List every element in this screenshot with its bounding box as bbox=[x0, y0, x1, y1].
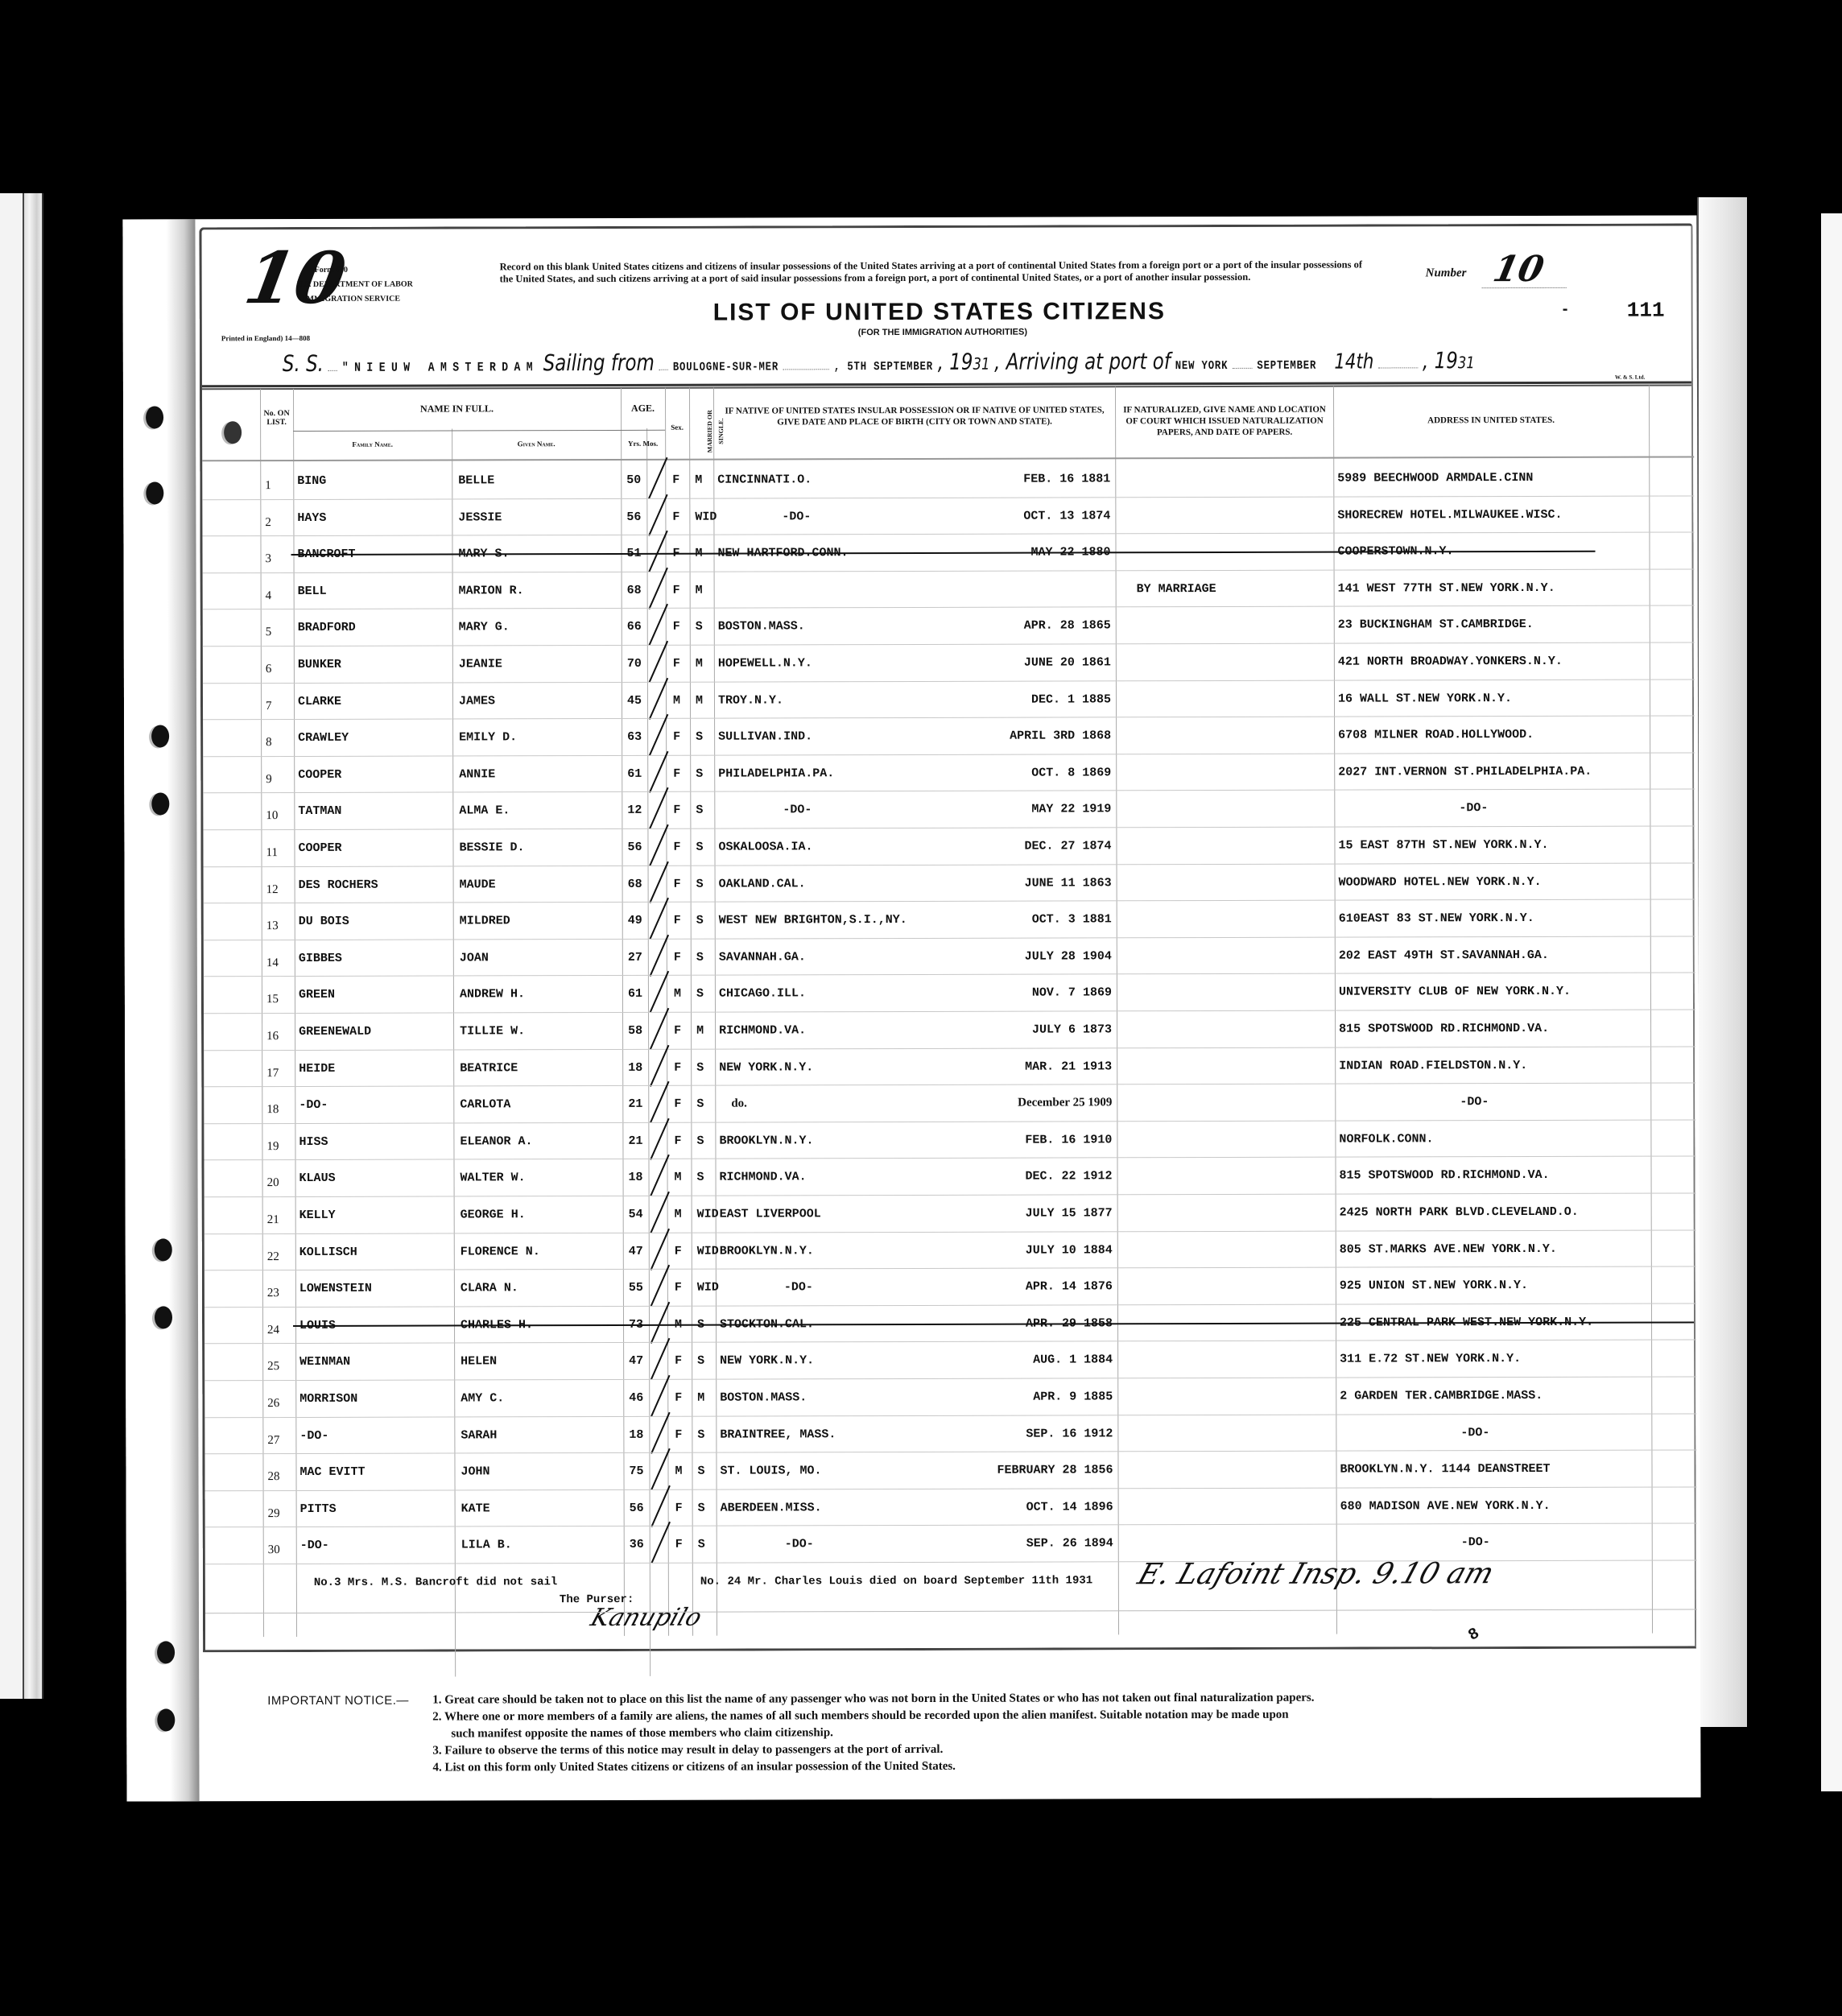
age: 54 bbox=[629, 1208, 643, 1221]
punch-hole bbox=[151, 792, 169, 815]
col-header-naturalized: IF NATURALIZED, GIVE NAME AND LOCATION O… bbox=[1120, 404, 1329, 439]
row-number: 25 bbox=[267, 1360, 279, 1374]
family-name: CLARKE bbox=[298, 694, 341, 708]
check-mark bbox=[649, 787, 668, 829]
given-name: KATE bbox=[461, 1502, 490, 1515]
table-row: 18-DO-CARLOTA21FSdo.December 25 1909-DO- bbox=[204, 1084, 1695, 1125]
family-name: BELL bbox=[298, 585, 327, 598]
arrival-year-suffix: 31 bbox=[1458, 353, 1475, 372]
sex: F bbox=[674, 951, 681, 965]
us-address: 2425 NORTH PARK BLVD.CLEVELAND.O. bbox=[1340, 1205, 1579, 1220]
family-name: KOLLISCH bbox=[299, 1245, 357, 1258]
check-mark bbox=[650, 1485, 670, 1527]
us-address: 610EAST 83 ST.NEW YORK.N.Y. bbox=[1339, 911, 1534, 926]
given-name: SARAH bbox=[460, 1428, 497, 1442]
marital-status: M bbox=[696, 657, 703, 671]
sex: F bbox=[673, 804, 680, 817]
family-name: DES ROCHERS bbox=[299, 878, 378, 891]
birth-place: WEST NEW BRIGHTON,S.I.,NY. bbox=[719, 913, 907, 927]
family-name: PITTS bbox=[300, 1502, 337, 1516]
number-value: 10 bbox=[1489, 249, 1547, 290]
arriving-label: , Arriving at port of bbox=[994, 348, 1171, 375]
check-mark bbox=[650, 1302, 670, 1344]
row-number: 19 bbox=[266, 1140, 279, 1154]
number-label: Number bbox=[1426, 266, 1467, 280]
inspector-signature: E. Lafoint Insp. 9.10 am bbox=[1134, 1557, 1497, 1591]
punch-hole bbox=[151, 725, 169, 747]
table-row: 13DU BOISMILDRED49FSWEST NEW BRIGHTON,S.… bbox=[204, 900, 1695, 941]
table-row: 20KLAUSWALTER W.18MSRICHMOND.VA.DEC. 22 … bbox=[204, 1157, 1695, 1198]
birth-date: JULY 10 1884 bbox=[1026, 1243, 1113, 1257]
row-number: 16 bbox=[266, 1030, 279, 1043]
sailing-label: Sailing from bbox=[543, 349, 655, 376]
marital-status: S bbox=[697, 1171, 704, 1184]
col-header-no: No. ON LIST. bbox=[260, 409, 293, 427]
marital-status: S bbox=[696, 766, 703, 780]
table-row: 8CRAWLEYEMILY D.63FSSULLIVAN.IND.APRIL 3… bbox=[203, 717, 1695, 758]
voyage-line: S. S. "NIEUW AMSTERDAM Sailing from BOUL… bbox=[283, 347, 1405, 379]
birth-date: SEP. 26 1894 bbox=[1026, 1537, 1113, 1551]
page-dash: - bbox=[1563, 300, 1568, 319]
check-mark bbox=[650, 971, 669, 1013]
check-mark bbox=[649, 604, 668, 646]
birth-place: BRAINTREE, MASS. bbox=[720, 1427, 836, 1441]
given-name: ANNIE bbox=[459, 767, 495, 781]
age: 70 bbox=[627, 657, 642, 671]
marital-status: S bbox=[696, 1097, 704, 1111]
given-name: AMY C. bbox=[460, 1391, 504, 1405]
row-number: 22 bbox=[267, 1250, 279, 1264]
birth-date: JUNE 20 1861 bbox=[1024, 655, 1111, 669]
table-row: 29PITTSKATE56FSABERDEEN.MISS.OCT. 14 189… bbox=[205, 1487, 1697, 1528]
row-number: 29 bbox=[268, 1507, 280, 1521]
family-name: HISS bbox=[299, 1135, 328, 1149]
family-name: TATMAN bbox=[298, 804, 341, 818]
check-mark bbox=[651, 1522, 671, 1564]
table-row: 28MAC EVITTJOHN75MSST. LOUIS, MO.FEBRUAR… bbox=[204, 1451, 1696, 1492]
department-name: U.S. DEPARTMENT OF LABOR bbox=[297, 278, 413, 292]
us-address: 805 ST.MARKS AVE.NEW YORK.N.Y. bbox=[1340, 1241, 1557, 1256]
sex: M bbox=[674, 987, 681, 1001]
departure-year-prefix: , 19 bbox=[938, 349, 973, 375]
birth-date: OCT. 13 1874 bbox=[1023, 509, 1110, 523]
marital-status: WID bbox=[697, 1281, 719, 1295]
age: 68 bbox=[627, 584, 642, 597]
check-mark bbox=[649, 641, 668, 683]
manifest-sheet: 10 Form 630 U.S. DEPARTMENT OF LABOR IMM… bbox=[122, 215, 1700, 1801]
age: 61 bbox=[628, 987, 642, 1001]
sex: F bbox=[674, 1024, 681, 1038]
table-row: 19HISSELEANOR A.21FSBROOKLYN.N.Y.FEB. 16… bbox=[204, 1120, 1695, 1161]
adjacent-page-left-edge bbox=[0, 193, 24, 1699]
birth-date: MAR. 21 1913 bbox=[1025, 1060, 1112, 1073]
age: 50 bbox=[626, 473, 641, 487]
row-number: 8 bbox=[266, 736, 272, 750]
given-name: WALTER W. bbox=[460, 1171, 526, 1185]
marital-status: S bbox=[696, 987, 704, 1001]
family-name: BUNKER bbox=[298, 658, 341, 671]
col-header-given-name: Given Name. bbox=[452, 438, 621, 450]
birth-place: SAVANNAH.GA. bbox=[719, 950, 806, 964]
check-mark bbox=[650, 1448, 670, 1490]
birth-date: DEC. 22 1912 bbox=[1025, 1170, 1112, 1184]
age: 18 bbox=[629, 1427, 643, 1441]
birth-date: APR. 28 1865 bbox=[1024, 619, 1111, 633]
arrival-port: NEW YORK bbox=[1175, 359, 1229, 373]
birth-place: BOSTON.MASS. bbox=[718, 620, 805, 634]
row-number: 15 bbox=[266, 993, 279, 1006]
us-address: 815 SPOTSWOOD RD.RICHMOND.VA. bbox=[1340, 1168, 1550, 1183]
table-row: 26MORRISONAMY C.46FMBOSTON.MASS.APR. 9 1… bbox=[204, 1377, 1696, 1418]
us-address: 925 UNION ST.NEW YORK.N.Y. bbox=[1340, 1279, 1528, 1293]
manifest-form: 10 Form 630 U.S. DEPARTMENT OF LABOR IMM… bbox=[199, 223, 1696, 1652]
given-name: MARION R. bbox=[459, 584, 524, 597]
marital-status: WID bbox=[697, 1208, 719, 1221]
birth-date: APR. 14 1876 bbox=[1026, 1280, 1113, 1294]
note-bancroft: No.3 Mrs. M.S. Bancroft did not sail bbox=[314, 1576, 557, 1589]
family-name: BING bbox=[297, 474, 326, 488]
us-address: 5989 BEECHWOOD ARMDALE.CINN bbox=[1337, 471, 1533, 485]
ss-label: S. S. bbox=[283, 350, 324, 377]
check-mark bbox=[650, 1192, 669, 1233]
marital-status: S bbox=[697, 1427, 704, 1441]
sex: M bbox=[675, 1464, 682, 1478]
check-mark bbox=[650, 1375, 670, 1417]
us-address: BROOKLYN.N.Y. 1144 DEANSTREET bbox=[1340, 1462, 1550, 1477]
document-title: LIST OF UNITED STATES CITIZENS bbox=[713, 298, 1166, 326]
sex: F bbox=[674, 877, 681, 890]
given-name: BESSIE D. bbox=[459, 841, 524, 854]
family-name: GREENEWALD bbox=[299, 1025, 371, 1039]
birth-place: OAKLAND.CAL. bbox=[719, 877, 806, 890]
us-address: 2027 INT.VERNON ST.PHILADELPHIA.PA. bbox=[1338, 765, 1592, 779]
table-row: 11COOPERBESSIE D.56FSOSKALOOSA.IA.DEC. 2… bbox=[203, 826, 1695, 867]
check-mark bbox=[648, 568, 667, 609]
sex: F bbox=[673, 730, 680, 744]
us-address: -DO- bbox=[1459, 802, 1488, 816]
printer-mark: W. & S. Ltd. bbox=[1615, 374, 1646, 381]
notice-item-2-continued: such manifest opposite the names of thos… bbox=[451, 1725, 833, 1742]
sex: F bbox=[673, 620, 680, 634]
sex: F bbox=[673, 657, 680, 671]
col-header-family-name: Family Name. bbox=[293, 438, 452, 450]
row-number: 2 bbox=[265, 516, 271, 530]
age: 18 bbox=[628, 1060, 642, 1074]
us-address: 815 SPOTSWOOD RD.RICHMOND.VA. bbox=[1339, 1022, 1549, 1036]
age: 75 bbox=[629, 1464, 643, 1478]
sex: F bbox=[674, 1134, 681, 1148]
marital-status: S bbox=[696, 841, 703, 854]
age: 56 bbox=[626, 510, 641, 523]
departure-date: , 5TH SEPTEMBER bbox=[834, 360, 933, 374]
birth-place: do. bbox=[731, 1097, 747, 1111]
check-mark bbox=[649, 898, 668, 940]
age: 27 bbox=[628, 951, 642, 965]
marital-status: S bbox=[696, 950, 704, 964]
family-name: HEIDE bbox=[299, 1061, 335, 1075]
age: 58 bbox=[628, 1024, 642, 1038]
punch-hole bbox=[157, 1708, 175, 1731]
age: 68 bbox=[628, 877, 642, 890]
birth-date: JULY 28 1904 bbox=[1025, 949, 1112, 963]
table-row: 6BUNKERJEANIE70FMHOPEWELL.N.Y.JUNE 20 18… bbox=[203, 642, 1695, 684]
notice-item-4: 4. List on this form only United States … bbox=[432, 1758, 956, 1777]
row-number: 6 bbox=[266, 663, 272, 676]
form-department-block: Form 630 U.S. DEPARTMENT OF LABOR IMMIGR… bbox=[297, 263, 413, 307]
family-name: DU BOIS bbox=[299, 915, 349, 928]
table-row: 27-DO-SARAH18FSBRAINTREE, MASS.SEP. 16 1… bbox=[204, 1414, 1696, 1455]
birth-date: APR. 9 1885 bbox=[1033, 1390, 1113, 1403]
purser-signature: Kanupilo bbox=[587, 1604, 705, 1632]
check-mark bbox=[649, 751, 668, 793]
check-mark bbox=[650, 1411, 670, 1453]
row-number: 9 bbox=[266, 773, 272, 787]
punch-hole bbox=[155, 1306, 172, 1328]
notice-label: IMPORTANT NOTICE.— bbox=[267, 1692, 409, 1709]
sex: F bbox=[675, 1244, 682, 1258]
marital-status: M bbox=[696, 693, 703, 707]
sex: M bbox=[673, 693, 680, 707]
marital-status: S bbox=[696, 1134, 704, 1147]
table-row: 14GIBBESJOAN27FSSAVANNAH.GA.JULY 28 1904… bbox=[204, 936, 1695, 977]
family-name: -DO- bbox=[300, 1539, 329, 1552]
birth-place: CHICAGO.ILL. bbox=[719, 987, 806, 1001]
birth-place: -DO- bbox=[782, 510, 811, 523]
birth-date: DEC. 27 1874 bbox=[1024, 839, 1111, 853]
check-mark bbox=[649, 677, 668, 719]
check-mark bbox=[648, 531, 667, 572]
us-address: 311 E.72 ST.NEW YORK.N.Y. bbox=[1340, 1352, 1521, 1366]
us-address: 421 NORTH BROADWAY.YONKERS.N.Y. bbox=[1338, 655, 1563, 669]
given-name: JAMES bbox=[459, 694, 495, 708]
age: 45 bbox=[627, 693, 642, 707]
check-mark bbox=[649, 861, 668, 903]
given-name: HELEN bbox=[460, 1355, 497, 1369]
table-row: 15GREENANDREW H.61MSCHICAGO.ILL.NOV. 7 1… bbox=[204, 973, 1695, 1014]
record-instructions: Record on this blank United States citiz… bbox=[500, 259, 1365, 286]
us-address: 23 BUCKINGHAM ST.CAMBRIDGE. bbox=[1338, 618, 1534, 632]
check-mark bbox=[649, 714, 668, 756]
check-mark bbox=[650, 1044, 669, 1086]
birth-date: OCT. 3 1881 bbox=[1032, 913, 1112, 927]
given-name: FLORENCE N. bbox=[460, 1245, 540, 1258]
check-mark bbox=[650, 1338, 670, 1380]
row-number: 26 bbox=[267, 1397, 279, 1411]
age: 66 bbox=[627, 620, 642, 634]
punch-hole bbox=[146, 481, 163, 504]
birth-place: -DO- bbox=[783, 804, 812, 817]
row-number: 17 bbox=[266, 1067, 279, 1080]
birth-place: -DO- bbox=[785, 1538, 814, 1551]
us-address: UNIVERSITY CLUB OF NEW YORK.N.Y. bbox=[1339, 985, 1571, 999]
page-number: 111 bbox=[1627, 299, 1665, 323]
birth-place: OSKALOOSA.IA. bbox=[718, 840, 812, 853]
family-name: -DO- bbox=[299, 1428, 328, 1442]
given-name: ELEANOR A. bbox=[460, 1134, 532, 1148]
marital-status: S bbox=[696, 914, 704, 927]
given-name: ANDREW H. bbox=[460, 988, 525, 1002]
marital-status: M bbox=[696, 583, 703, 597]
us-address: -DO- bbox=[1460, 1426, 1489, 1440]
given-name: MARY G. bbox=[459, 621, 510, 634]
row-number: 11 bbox=[266, 846, 277, 860]
given-name: LILA B. bbox=[461, 1539, 512, 1552]
given-name: MILDRED bbox=[460, 914, 510, 927]
row-number: 10 bbox=[266, 809, 278, 823]
punch-hole bbox=[155, 1238, 172, 1261]
family-name: GREEN bbox=[299, 988, 335, 1002]
marital-status: S bbox=[696, 804, 703, 817]
table-row: 4BELLMARION R.68FMBY MARRIAGE141 WEST 77… bbox=[203, 569, 1695, 610]
check-mark bbox=[650, 1118, 669, 1160]
given-name: MAUDE bbox=[460, 878, 496, 891]
family-name: -DO- bbox=[299, 1098, 328, 1112]
birth-date: JULY 15 1877 bbox=[1026, 1206, 1113, 1220]
us-address: 680 MADISON AVE.NEW YORK.N.Y. bbox=[1340, 1499, 1551, 1514]
age: 21 bbox=[628, 1134, 642, 1148]
marital-status: S bbox=[696, 877, 704, 890]
family-name: LOWENSTEIN bbox=[299, 1282, 372, 1295]
birth-place: HOPEWELL.N.Y. bbox=[718, 656, 812, 670]
col-header-age-units: Yrs. Mos. bbox=[621, 438, 665, 449]
punch-hole bbox=[146, 406, 163, 428]
row-number: 24 bbox=[267, 1324, 279, 1337]
family-name: COOPER bbox=[298, 768, 341, 782]
birth-place: BOSTON.MASS. bbox=[720, 1390, 807, 1404]
sex: M bbox=[675, 1171, 682, 1184]
birth-date: FEBRUARY 28 1856 bbox=[997, 1464, 1113, 1477]
marital-status: S bbox=[698, 1501, 705, 1514]
family-name: BRADFORD bbox=[298, 621, 356, 634]
age: 47 bbox=[629, 1244, 643, 1258]
check-mark bbox=[650, 1265, 670, 1307]
table-row: 1BINGBELLE50FMCINCINNATI.O.FEB. 16 18815… bbox=[202, 459, 1694, 500]
marital-status: M bbox=[695, 473, 702, 487]
sex: M bbox=[675, 1208, 682, 1221]
family-name: MAC EVITT bbox=[299, 1465, 365, 1479]
birth-place: TROY.N.Y. bbox=[718, 693, 783, 707]
check-mark bbox=[650, 1081, 669, 1123]
row-number: 30 bbox=[268, 1543, 280, 1557]
marital-status: S bbox=[697, 1354, 704, 1368]
marital-status: S bbox=[696, 730, 703, 744]
age: 21 bbox=[628, 1097, 642, 1111]
given-name: JOAN bbox=[460, 951, 489, 965]
marital-status: WID bbox=[695, 510, 717, 523]
table-row: 25WEINMANHELEN47FSNEW YORK.N.Y.AUG. 1 18… bbox=[204, 1341, 1696, 1382]
us-address: 2 GARDEN TER.CAMBRIDGE.MASS. bbox=[1340, 1389, 1543, 1403]
age: 12 bbox=[627, 804, 642, 817]
check-mark bbox=[648, 494, 667, 535]
age: 61 bbox=[627, 767, 642, 781]
row-number: 28 bbox=[267, 1470, 279, 1484]
birth-date: AUG. 1 1884 bbox=[1033, 1353, 1113, 1367]
birth-date: OCT. 14 1896 bbox=[1026, 1500, 1113, 1514]
row-number: 27 bbox=[267, 1434, 279, 1448]
row-number: 21 bbox=[267, 1213, 279, 1227]
sex: F bbox=[673, 841, 680, 854]
given-name: GEORGE H. bbox=[460, 1208, 526, 1221]
col-header-sex: Sex. bbox=[665, 422, 689, 433]
arrival-day: 14th bbox=[1321, 349, 1373, 374]
family-name: WEINMAN bbox=[299, 1355, 350, 1369]
birth-date: December 25 1909 bbox=[1018, 1097, 1112, 1110]
check-mark bbox=[650, 1008, 669, 1050]
family-name: CRAWLEY bbox=[298, 731, 349, 745]
table-row: 23LOWENSTEINCLARA N.55FWID-DO-APR. 14 18… bbox=[204, 1267, 1696, 1308]
marital-status: S bbox=[696, 1060, 704, 1074]
birth-place: ST. LOUIS, MO. bbox=[720, 1464, 821, 1477]
naturalization-info: BY MARRIAGE bbox=[1137, 582, 1216, 596]
birth-place: CINCINNATI.O. bbox=[717, 473, 812, 486]
row-number: 23 bbox=[267, 1287, 279, 1300]
marital-status: M bbox=[697, 1391, 704, 1405]
age: 18 bbox=[629, 1171, 643, 1184]
given-name: JOHN bbox=[460, 1465, 489, 1479]
row-number: 20 bbox=[267, 1176, 279, 1190]
family-name: HAYS bbox=[297, 510, 326, 524]
sex: F bbox=[675, 1281, 682, 1295]
row-number: 5 bbox=[266, 626, 272, 639]
us-address: -DO- bbox=[1460, 1095, 1489, 1109]
age: 56 bbox=[630, 1502, 644, 1515]
us-address: 16 WALL ST.NEW YORK.N.Y. bbox=[1338, 692, 1512, 706]
sex: F bbox=[672, 473, 679, 487]
birth-place: BROOKLYN.N.Y. bbox=[720, 1244, 814, 1258]
sex: F bbox=[675, 1502, 683, 1515]
us-address: NORFOLK.CONN. bbox=[1339, 1132, 1433, 1146]
col-header-name-in-full: NAME IN FULL. bbox=[293, 403, 621, 415]
given-name: ALMA E. bbox=[459, 804, 510, 818]
birth-date: SEP. 16 1912 bbox=[1026, 1427, 1113, 1440]
given-name: CLARA N. bbox=[460, 1281, 518, 1295]
notice-item-3: 3. Failure to observe the terms of this … bbox=[432, 1741, 943, 1760]
table-row: 22KOLLISCHFLORENCE N.47FWIDBROOKLYN.N.Y.… bbox=[204, 1230, 1696, 1271]
age: 63 bbox=[627, 730, 642, 744]
row-number: 12 bbox=[266, 883, 279, 897]
col-header-age: AGE. bbox=[621, 403, 665, 414]
check-mark bbox=[649, 824, 668, 866]
check-mark bbox=[648, 457, 667, 499]
col-header-address: ADDRESS IN UNITED STATES. bbox=[1333, 415, 1649, 427]
check-mark bbox=[650, 1155, 669, 1196]
row-number: 3 bbox=[266, 552, 272, 566]
check-mark bbox=[650, 935, 669, 977]
table-row: 10TATMANALMA E.12FS-DO-MAY 22 1919-DO- bbox=[203, 790, 1695, 831]
us-address: WOODWARD HOTEL.NEW YORK.N.Y. bbox=[1339, 875, 1542, 890]
sex: F bbox=[674, 914, 681, 927]
arrival-month: SEPTEMBER bbox=[1257, 359, 1316, 373]
us-address: SHORECREW HOTEL.MILWAUKEE.WISC. bbox=[1337, 507, 1562, 522]
notice-item-2: 2. Where one or more members of a family… bbox=[432, 1707, 1288, 1726]
birth-place: SULLIVAN.IND. bbox=[718, 730, 812, 744]
col-header-birth: IF NATIVE OF UNITED STATES INSULAR POSSE… bbox=[717, 404, 1112, 428]
check-mark bbox=[650, 1228, 670, 1270]
given-name: CARLOTA bbox=[460, 1097, 510, 1111]
us-address: 141 WEST 77TH ST.NEW YORK.N.Y. bbox=[1338, 581, 1555, 596]
table-row: 21KELLYGEORGE H.54MWIDEAST LIVERPOOLJULY… bbox=[204, 1193, 1696, 1234]
given-name: TILLIE W. bbox=[460, 1024, 525, 1038]
sex: F bbox=[674, 1097, 681, 1111]
birth-place: RICHMOND.VA. bbox=[719, 1023, 806, 1037]
table-row: 12DES ROCHERSMAUDE68FSOAKLAND.CAL.JUNE 1… bbox=[204, 863, 1695, 904]
marital-status: S bbox=[698, 1538, 705, 1551]
sex: F bbox=[675, 1354, 682, 1368]
note-louis: No. 24 Mr. Charles Louis died on board S… bbox=[700, 1574, 1092, 1588]
age: 36 bbox=[630, 1538, 644, 1551]
important-notice: IMPORTANT NOTICE.— 1. Great care should … bbox=[267, 1689, 1676, 1693]
punch-hole bbox=[224, 421, 242, 444]
